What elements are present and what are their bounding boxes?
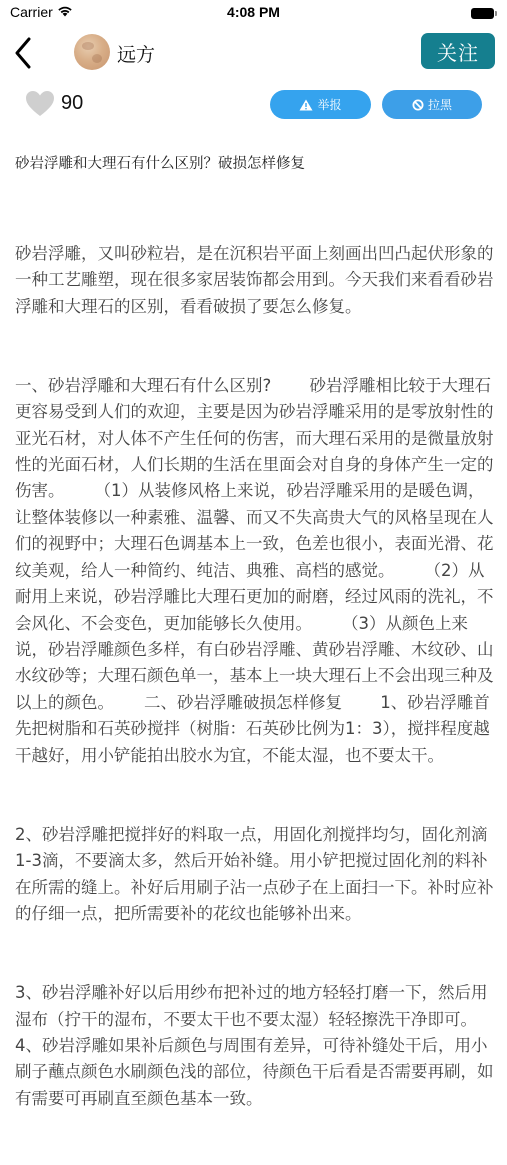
chevron-left-icon	[13, 37, 33, 69]
back-button[interactable]	[8, 34, 38, 72]
nav-bar: 远方 关注	[0, 30, 507, 76]
battery-full-icon	[471, 8, 497, 19]
follow-button[interactable]: 关注	[421, 33, 495, 69]
status-bar: Carrier 4:08 PM	[0, 0, 507, 26]
prohibit-icon	[412, 99, 424, 111]
block-label: 拉黑	[428, 96, 452, 113]
avatar[interactable]	[74, 34, 110, 70]
heart-icon	[25, 90, 55, 117]
article-body: 砂岩浮雕，又叫砂粒岩，是在沉积岩平面上刻画出凹凸起伏形象的一种工艺雕塑，现在很多…	[15, 188, 495, 900]
warning-triangle-icon	[299, 99, 313, 111]
action-row: 90 举报 拉黑	[0, 86, 507, 122]
username[interactable]: 远方	[117, 40, 155, 67]
article-paragraph: 一、砂岩浮雕和大理石有什么区别? 砂岩浮雕相比较于大理石更容易受到人们的欢迎，主…	[15, 373, 495, 769]
report-label: 举报	[317, 96, 341, 113]
block-button[interactable]: 拉黑	[382, 90, 482, 119]
article-title: 砂岩浮雕和大理石有什么区别？破损怎样修复	[15, 152, 495, 176]
article-paragraph: 2、砂岩浮雕把搅拌好的料取一点，用固化剂搅拌均匀，固化剂滴1-3滴，不要滴太多，…	[15, 822, 495, 900]
article-paragraph: 砂岩浮雕，又叫砂粒岩，是在沉积岩平面上刻画出凹凸起伏形象的一种工艺雕塑，现在很多…	[15, 241, 495, 320]
status-time: 4:08 PM	[0, 4, 507, 20]
report-button[interactable]: 举报	[270, 90, 371, 119]
like-count: 90	[61, 92, 83, 115]
article: 砂岩浮雕和大理石有什么区别？破损怎样修复 砂岩浮雕，又叫砂粒岩，是在沉积岩平面上…	[15, 152, 495, 900]
like-button[interactable]: 90	[25, 90, 83, 117]
